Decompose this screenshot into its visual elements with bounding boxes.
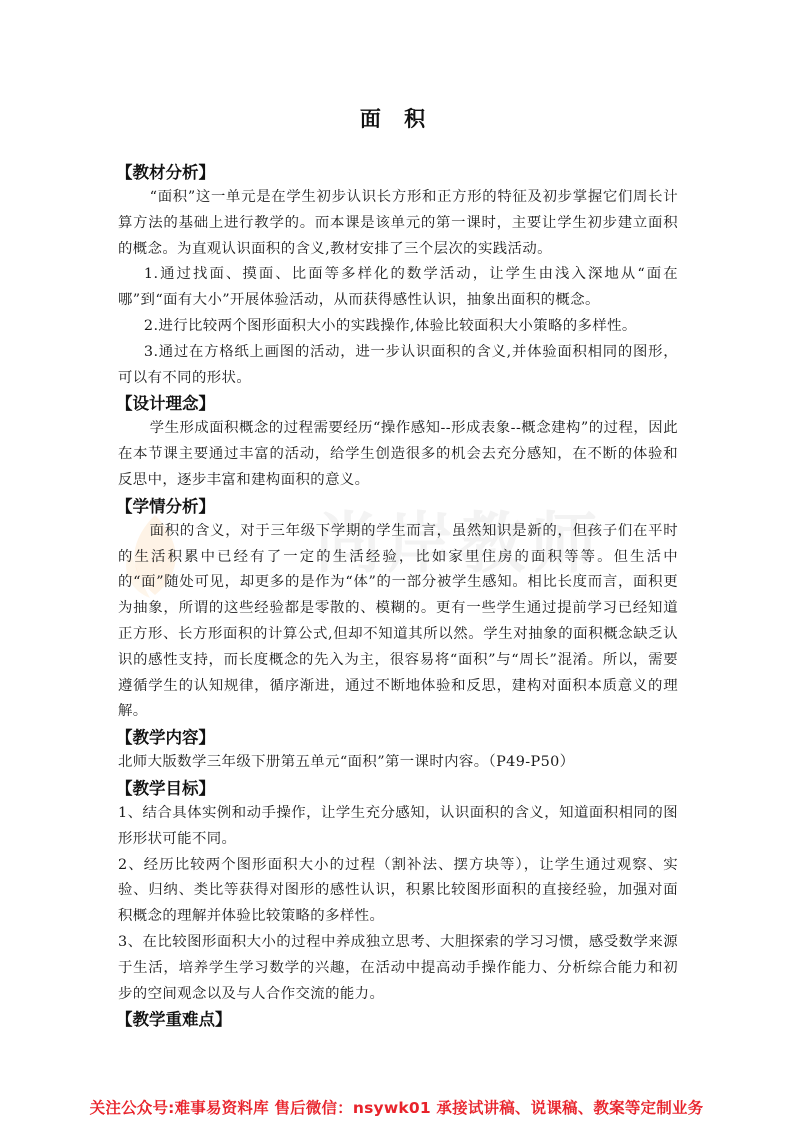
paragraph: 面积的含义，对于三年级下学期的学生而言，虽然知识是新的，但孩子们在平时的生活积累… [118,519,678,725]
section-heading: 【学情分析】 [116,494,678,519]
section-textbook-analysis: 【教材分析】 “面积”这一单元是在学生初步认识长方形和正方形的特征及初步掌握它们… [118,160,678,391]
section-heading: 【设计理念】 [116,391,678,416]
section-heading: 【教学重难点】 [116,1007,678,1032]
paragraph: “面积”这一单元是在学生初步认识长方形和正方形的特征及初步掌握它们周长计算方法的… [118,185,678,262]
paragraph: 1、结合具体实例和动手操作，让学生充分感知，认识面积的含义，知道面积相同的图形形… [118,801,678,853]
paragraph: 1.通过找面、摸面、比面等多样化的数学活动，让学生由浅入深地从“面在哪”到“面有… [118,262,678,314]
paragraph: 3.通过在方格纸上画图的活动，进一步认识面积的含义,并体验面积相同的图形，可以有… [118,340,678,392]
section-design-concept: 【设计理念】 学生形成面积概念的过程需要经历“操作感知--形成表象--概念建构”… [118,391,678,493]
document-title: 面 积 [0,103,793,133]
document-body: 【教材分析】 “面积”这一单元是在学生初步认识长方形和正方形的特征及初步掌握它们… [118,160,678,1032]
section-teaching-content: 【教学内容】 北师大版数学三年级下册第五单元“面积”第一课时内容。（P49-P5… [118,725,678,776]
footer-banner: 关注公众号:难事易资料库 售后微信：nsywk01 承接试讲稿、说课稿、教案等定… [0,1096,793,1118]
document-page: 尚岸教师 面 积 【教材分析】 “面积”这一单元是在学生初步认识长方形和正方形的… [0,0,793,1122]
section-key-difficulties: 【教学重难点】 [118,1007,678,1032]
paragraph: 学生形成面积概念的过程需要经历“操作感知--形成表象--概念建构”的过程，因此在… [118,416,678,493]
paragraph: 3、在比较图形面积大小的过程中养成独立思考、大胆探索的学习习惯，感受数学来源于生… [118,930,678,1007]
paragraph: 北师大版数学三年级下册第五单元“面积”第一课时内容。（P49-P50） [118,750,678,776]
section-learner-analysis: 【学情分析】 面积的含义，对于三年级下学期的学生而言，虽然知识是新的，但孩子们在… [118,494,678,725]
paragraph: 2.进行比较两个图形面积大小的实践操作,体验比较面积大小策略的多样性。 [118,314,678,340]
section-teaching-objectives: 【教学目标】 1、结合具体实例和动手操作，让学生充分感知，认识面积的含义，知道面… [118,776,678,1007]
paragraph: 2、经历比较两个图形面积大小的过程（割补法、摆方块等），让学生通过观察、实验、归… [118,853,678,930]
section-heading: 【教学内容】 [116,725,678,750]
section-heading: 【教材分析】 [116,160,678,185]
section-heading: 【教学目标】 [116,776,678,801]
